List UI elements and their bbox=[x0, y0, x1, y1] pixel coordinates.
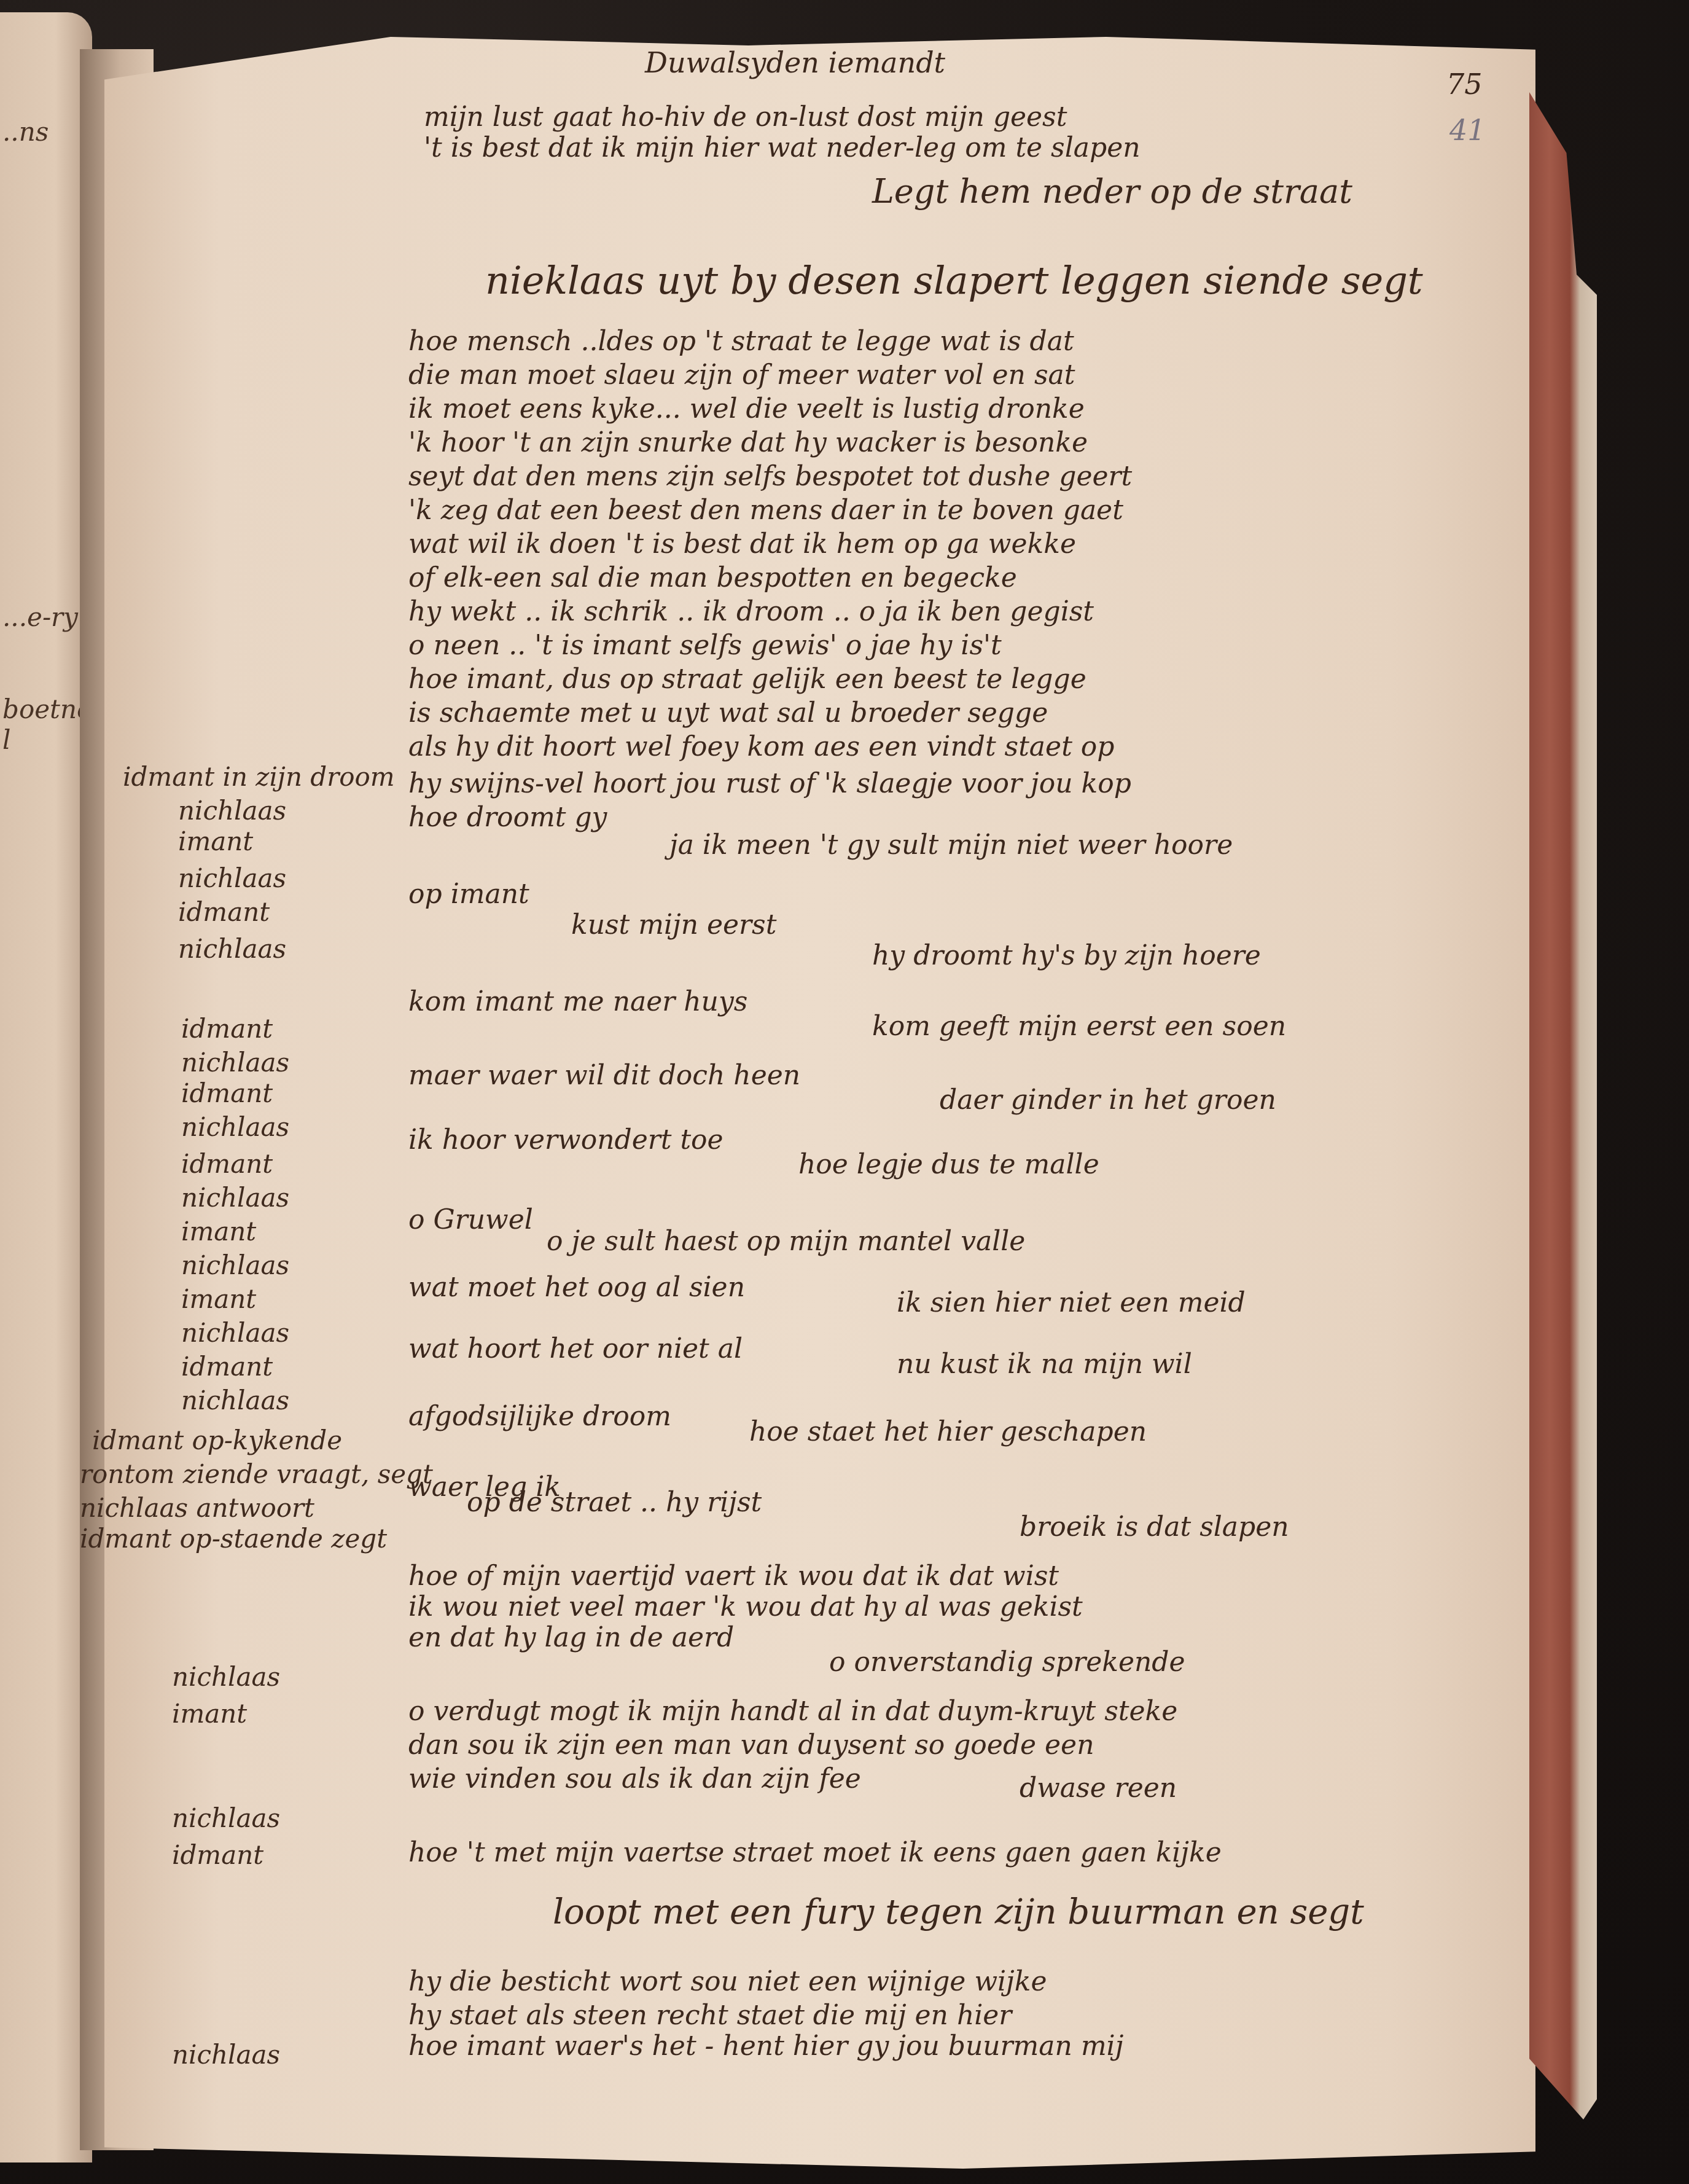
verse-line: die man moet slaeu zijn of meer water vo… bbox=[408, 359, 1075, 391]
dialogue-line: wat hoort het oor niet al bbox=[408, 1333, 743, 1364]
verse-line: ik wou niet veel maer 'k wou dat hy al w… bbox=[408, 1591, 1083, 1622]
dialogue-line: nu kust ik na mijn wil bbox=[897, 1348, 1192, 1380]
dialogue-line: broeik is dat slapen bbox=[1020, 1511, 1289, 1543]
verse-line: of elk-een sal die man bespotten en bege… bbox=[408, 562, 1017, 593]
speaker-label: nichlaas bbox=[172, 2040, 280, 2070]
speaker-label: imant bbox=[181, 1284, 256, 1314]
left-page-fragment: ...e-ry bbox=[2, 602, 78, 632]
page-edge-stack bbox=[1529, 92, 1597, 2119]
left-page-fragment: boetne bbox=[2, 694, 92, 724]
verse-line: hoe mensch ..ldes op 't straat te legge … bbox=[408, 326, 1074, 357]
dialogue-line: o onverstandig sprekende bbox=[829, 1646, 1185, 1678]
speaker-label: nichlaas bbox=[181, 1183, 289, 1213]
verse-line: 't is best dat ik mijn hier wat neder-le… bbox=[424, 132, 1141, 163]
speaker-label: idmant bbox=[181, 1014, 273, 1044]
speaker-label: idmant bbox=[181, 1352, 273, 1382]
dialogue-line: afgodsijlijke droom bbox=[408, 1401, 671, 1432]
verse-line: hoe imant waer's het - hent hier gy jou … bbox=[408, 2030, 1123, 2062]
speaker-label: rontom ziende vraagt, segt bbox=[80, 1459, 433, 1489]
verse-line: seyt dat den mens zijn selfs bespotet to… bbox=[408, 461, 1132, 492]
dialogue-line: ik hoor verwondert toe bbox=[408, 1124, 724, 1156]
verse-line: dan sou ik zijn een man van duysent so g… bbox=[408, 1729, 1094, 1761]
verse-line: hoe 't met mijn vaertse straet moet ik e… bbox=[408, 1837, 1222, 1868]
speaker-label: nichlaas bbox=[178, 934, 286, 964]
verse-line: hoe of mijn vaertijd vaert ik wou dat ik… bbox=[408, 1560, 1059, 1592]
left-page-fragment: l bbox=[2, 725, 10, 755]
stage-direction: nieklaas uyt by desen slapert leggen sie… bbox=[485, 258, 1423, 303]
speaker-label: imant bbox=[178, 826, 253, 856]
speaker-label: nichlaas bbox=[181, 1385, 289, 1415]
verse-line: ik moet eens kyke... wel die veelt is lu… bbox=[408, 393, 1085, 425]
dialogue-line: op imant bbox=[408, 879, 529, 910]
verse-line: 'k hoor 't an zijn snurke dat hy wacker … bbox=[408, 427, 1088, 458]
verse-line: hy die besticht wort sou niet een wijnig… bbox=[408, 1966, 1047, 1997]
speaker-label: idmant bbox=[178, 897, 270, 927]
dialogue-line: ik sien hier niet een meid bbox=[897, 1287, 1246, 1318]
verse-line: en dat hy lag in de aerd bbox=[408, 1622, 734, 1653]
dialogue-line: hoe legje dus te malle bbox=[798, 1149, 1099, 1180]
speaker-label: nichlaas bbox=[178, 863, 286, 893]
verse-line: 'k zeg dat een beest den mens daer in te… bbox=[408, 495, 1123, 526]
dialogue-line: daer ginder in het groen bbox=[940, 1084, 1276, 1116]
dialogue-line: op de straet .. hy rijst bbox=[467, 1487, 762, 1518]
speaker-label: nichlaas bbox=[178, 796, 286, 826]
speaker-label: idmant in zijn droom bbox=[123, 762, 395, 792]
verse-line: o verdugt mogt ik mijn handt al in dat d… bbox=[408, 1696, 1177, 1727]
dialogue-line: maer waer wil dit doch heen bbox=[408, 1060, 800, 1091]
dialogue-line: o je sult haest op mijn mantel valle bbox=[547, 1226, 1025, 1257]
dialogue-line: kom geeft mijn eerst een soen bbox=[872, 1011, 1286, 1042]
verse-line: o neen .. 't is imant selfs gewis' o jae… bbox=[408, 630, 1002, 661]
verse-line: hy wekt .. ik schrik .. ik droom .. o ja… bbox=[408, 596, 1094, 627]
stage-direction: loopt met een fury tegen zijn buurman en… bbox=[553, 1892, 1364, 1932]
previous-page-edge: ..ns ...e-ry boetne l bbox=[0, 12, 92, 2162]
dialogue-line: kust mijn eerst bbox=[571, 909, 776, 941]
verse-line: hy swijns-vel hoort jou rust of 'k slaeg… bbox=[408, 768, 1131, 799]
speaker-label: idmant bbox=[181, 1078, 273, 1108]
verse-line: wat wil ik doen 't is best dat ik hem op… bbox=[408, 528, 1076, 560]
speaker-label: nichlaas bbox=[172, 1662, 280, 1692]
speaker-label: nichlaas bbox=[181, 1250, 289, 1280]
verse-line: als hy dit hoort wel foey kom aes een vi… bbox=[408, 731, 1114, 762]
speaker-label: idmant bbox=[181, 1149, 273, 1179]
verse-line: hoe imant, dus op straat gelijk een bees… bbox=[408, 663, 1086, 695]
running-title: Duwalsyden iemandt bbox=[645, 46, 945, 79]
dialogue-line: ja ik meen 't gy sult mijn niet weer hoo… bbox=[669, 829, 1233, 861]
dialogue-line: o Gruwel bbox=[408, 1204, 533, 1235]
dialogue-line: kom imant me naer huys bbox=[408, 986, 747, 1017]
speaker-label: imant bbox=[172, 1699, 247, 1729]
dialogue-line: dwase reen bbox=[1020, 1772, 1177, 1804]
speaker-label: nichlaas bbox=[181, 1112, 289, 1142]
speaker-label: idmant op-staende zegt bbox=[80, 1524, 387, 1554]
verse-line: mijn lust gaat ho-hiv de on-lust dost mi… bbox=[424, 101, 1067, 133]
verse-line: hoe droomt gy bbox=[408, 802, 607, 833]
speaker-label: idmant bbox=[172, 1840, 263, 1870]
verse-line: hy staet als steen recht staet die mij e… bbox=[408, 2000, 1012, 2031]
left-page-fragment: ..ns bbox=[2, 117, 49, 147]
folio-number-pencil: 41 bbox=[1449, 114, 1486, 147]
speaker-label: nichlaas bbox=[181, 1047, 289, 1078]
speaker-label: nichlaas antwoort bbox=[80, 1493, 314, 1523]
dialogue-line: wat moet het oog al sien bbox=[408, 1272, 745, 1303]
verse-line: wie vinden sou als ik dan zijn fee bbox=[408, 1763, 861, 1795]
dialogue-line: hy droomt hy's by zijn hoere bbox=[872, 940, 1261, 971]
dialogue-line: hoe staet het hier geschapen bbox=[749, 1416, 1147, 1447]
verse-line: is schaemte met u uyt wat sal u broeder … bbox=[408, 697, 1048, 729]
speaker-label: nichlaas bbox=[181, 1318, 289, 1348]
speaker-label: idmant op-kykende bbox=[92, 1425, 342, 1455]
folio-number-ink: 75 bbox=[1446, 68, 1483, 101]
stage-direction: Legt hem neder op de straat bbox=[872, 172, 1352, 211]
speaker-label: imant bbox=[181, 1216, 256, 1247]
speaker-label: nichlaas bbox=[172, 1803, 280, 1833]
